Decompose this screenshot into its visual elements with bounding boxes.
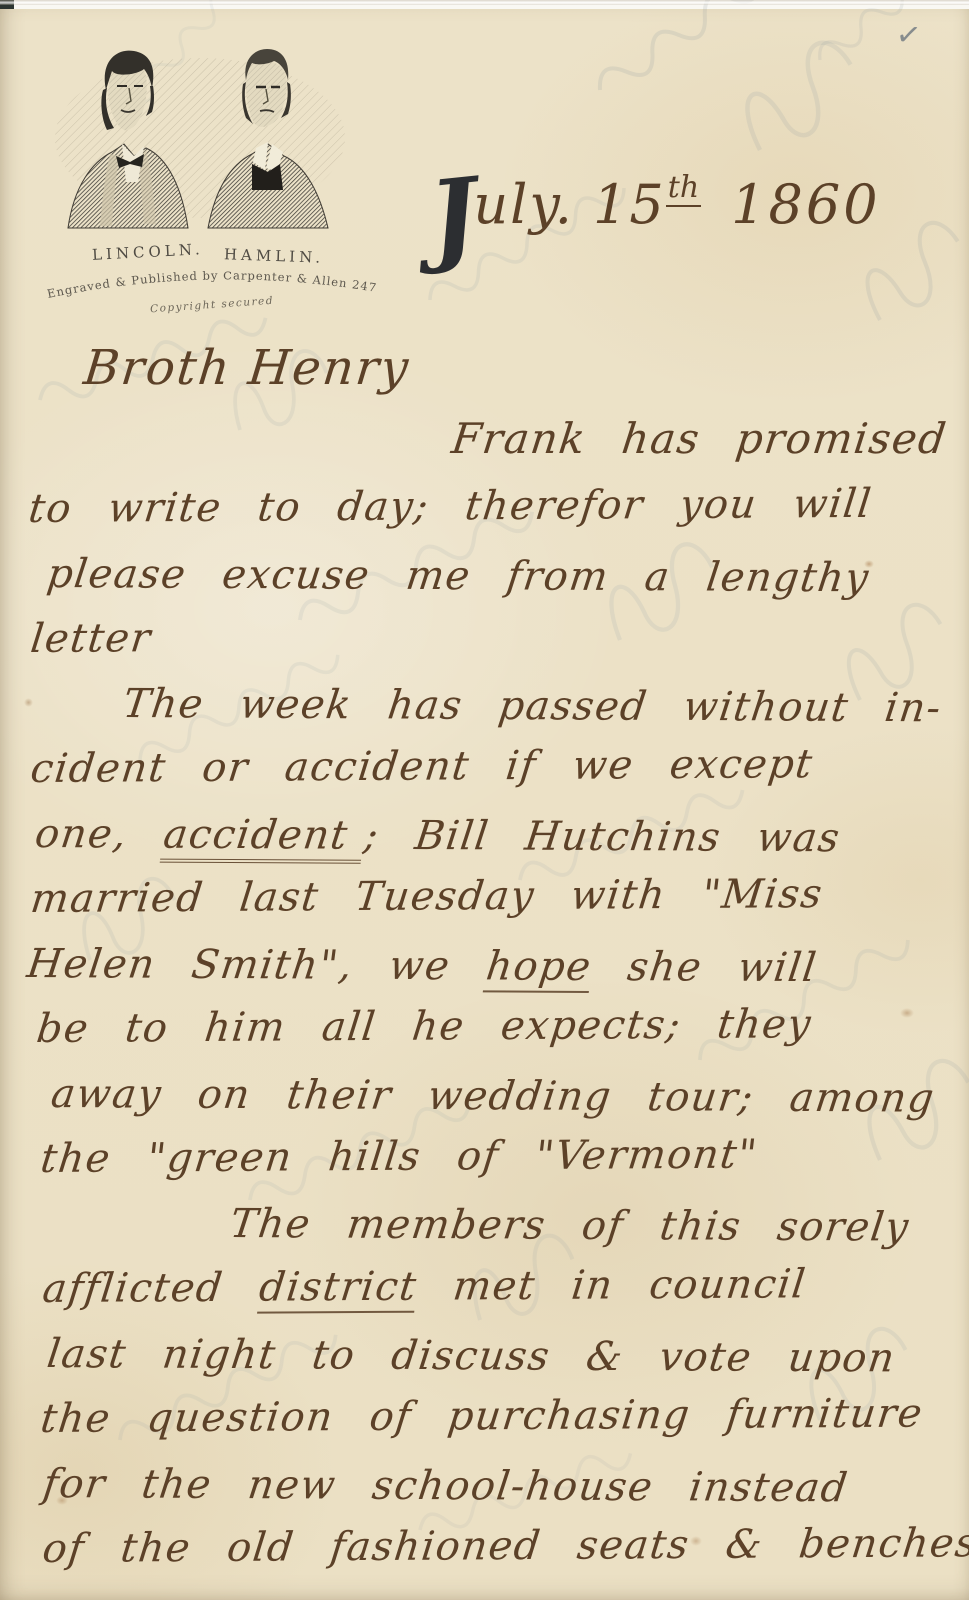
letter-line-text: afflicted	[40, 1265, 262, 1312]
letter-line-text: away on their wedding tour; among	[48, 1071, 937, 1122]
letter-line-text: Helen Smith", we	[24, 941, 489, 989]
letter-line-text: cident or accident if we except	[28, 741, 816, 792]
letter-line-text: married last Tuesday with "Miss	[28, 871, 825, 922]
letter-line: The week has passed without in-	[118, 681, 969, 750]
letter-line: afflicted district met in council	[38, 1260, 969, 1331]
letter-line-text: she will	[589, 944, 820, 991]
publisher-line: Engraved & Published by Carpenter & Alle…	[42, 252, 378, 301]
letter-line-text: of the old fashioned seats & benches	[40, 1520, 969, 1572]
letter-line-text: to write to day; therefor you will	[26, 481, 874, 532]
letter-line-text: The week has passed without in-	[120, 681, 944, 731]
letter-body: to write to day; therefor you will pleas…	[0, 486, 969, 1591]
letter-line-text: ; Bill Hutchins was	[361, 813, 843, 861]
letter-line: of the old fashioned seats & benches	[38, 1520, 969, 1591]
letter-line-text: last night to discuss & vote upon	[44, 1331, 898, 1381]
letter-line: letter	[26, 610, 969, 681]
letter-line: cident or accident if we except	[26, 740, 969, 811]
underlined-word: district	[257, 1264, 420, 1314]
salutation: Broth Henry	[81, 340, 413, 396]
letter-line-text: the "green hills of "Vermont"	[38, 1132, 760, 1182]
date-month-day: uly. 15	[473, 173, 665, 236]
letter-line: be to him all he expects; they	[32, 1000, 969, 1071]
opening-line: Frank has promised	[449, 414, 950, 463]
date-ordinal: th	[666, 170, 701, 207]
letter-line-text: the question of purchasing furniture	[38, 1391, 926, 1442]
letter-line: the "green hills of "Vermont"	[36, 1130, 969, 1201]
date-year: 1860	[731, 173, 880, 236]
letter-line-text: met in council	[414, 1261, 809, 1309]
letter-line: to write to day; therefor you will	[24, 480, 969, 551]
letter-line-text: for the new school-house instead	[40, 1461, 851, 1511]
letter-page: LINCOLN. HAMLIN. Engraved & Published by…	[0, 0, 969, 1600]
underlined-word: accident	[160, 812, 367, 864]
letter-line-text: letter	[28, 615, 154, 662]
fold-crease-bottom	[0, 0, 969, 5]
letter-line-text: The members of this sorely	[227, 1201, 912, 1251]
letter-line-text: be to him all he expects; they	[34, 1001, 814, 1052]
letter-line: The members of this sorely	[225, 1201, 969, 1270]
letterhead	[50, 46, 350, 246]
letter-line: the question of purchasing furniture	[36, 1390, 969, 1461]
pencil-checkmark-icon: ✓	[894, 16, 924, 54]
letter-line-text: one,	[32, 811, 166, 858]
svg-text:Engraved & Published by Carpen: Engraved & Published by Carpenter & Alle…	[42, 252, 378, 301]
letter-line: married last Tuesday with "Miss	[26, 870, 969, 941]
letter-line-text: please excuse me from a lengthy	[44, 551, 872, 601]
date-line: July. 15th1860	[430, 166, 881, 266]
underlined-word: hope	[483, 943, 594, 993]
